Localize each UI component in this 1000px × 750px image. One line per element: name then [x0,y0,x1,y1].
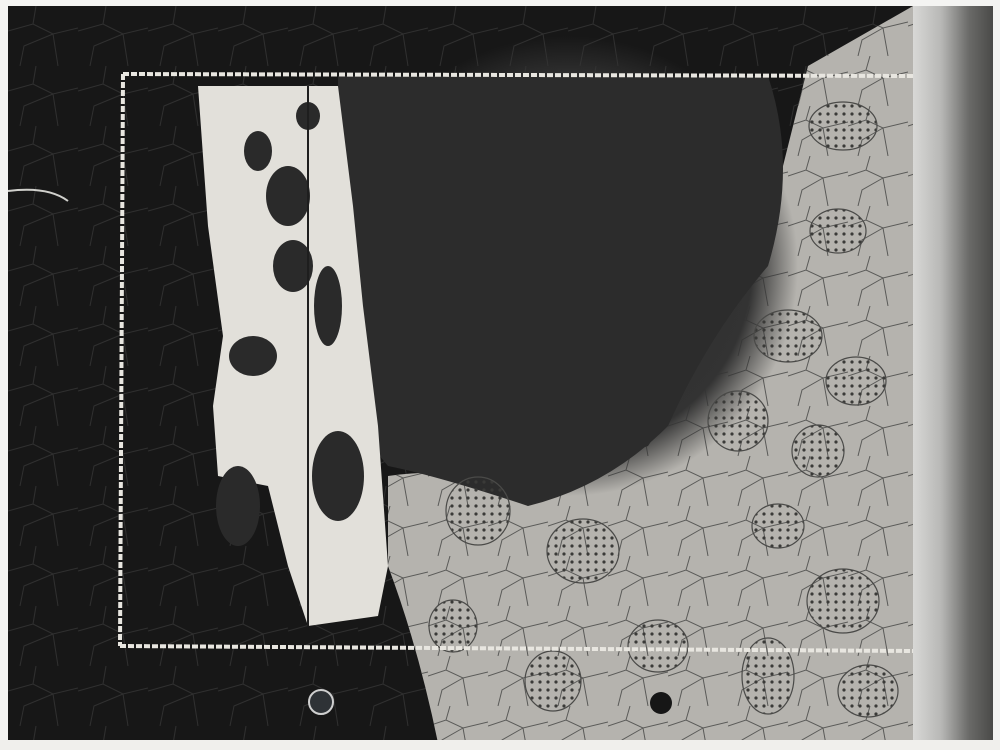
photo-paper-margin [0,740,1000,750]
photograph [8,6,993,743]
painting-surface [8,6,993,743]
punch-hole-right [650,692,672,714]
punch-hole-left [309,690,333,714]
